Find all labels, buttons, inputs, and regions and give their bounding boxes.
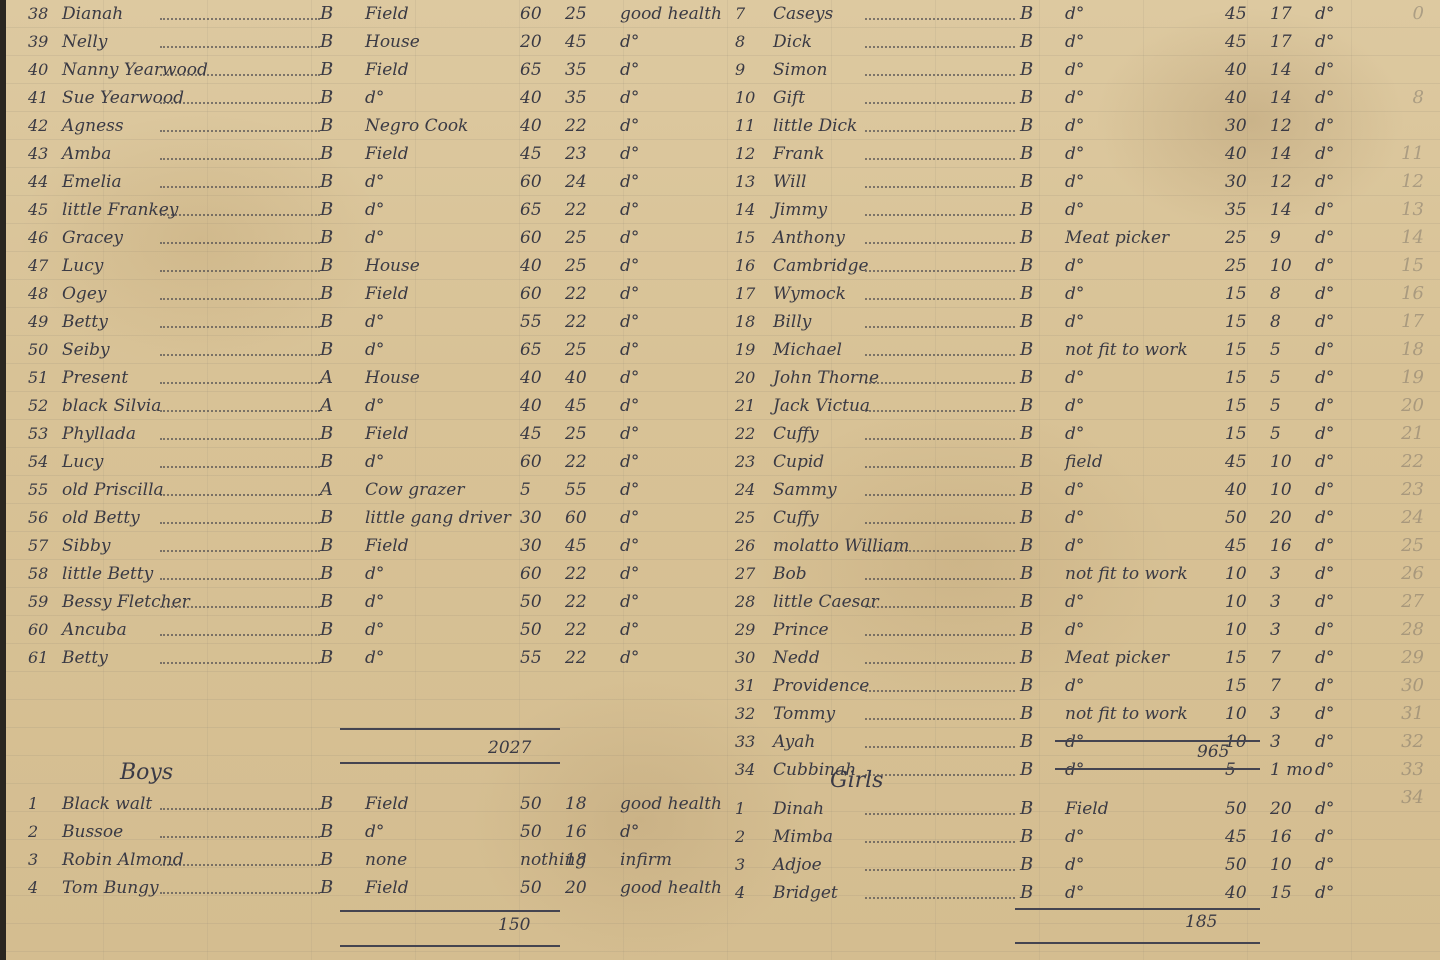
leader-dots	[865, 634, 1015, 636]
leader-dots	[160, 836, 320, 838]
age: 5	[1270, 420, 1281, 448]
value: 50	[520, 616, 542, 644]
leader-dots	[160, 522, 320, 524]
person-name: Sue Yearwood	[62, 84, 184, 112]
class-mark: A	[320, 392, 333, 420]
value: 50	[1225, 504, 1247, 532]
condition: d°	[1315, 140, 1334, 168]
condition: d°	[620, 560, 639, 588]
ledger-row: 3 Robin Almond B none nothing 18 infirm	[10, 846, 710, 874]
value: 60	[520, 448, 542, 476]
age: 25	[565, 0, 587, 28]
person-name: Nanny Yearwood	[62, 56, 208, 84]
employment: d°	[1065, 168, 1084, 196]
class-mark: B	[1020, 224, 1033, 252]
value: 25	[1225, 224, 1247, 252]
value: 15	[1225, 420, 1247, 448]
person-name: Providence	[773, 672, 869, 700]
leader-dots	[160, 214, 320, 216]
ledger-row: 29 Prince B d° 10 3 d°	[735, 616, 1335, 644]
age: 60	[565, 504, 587, 532]
employment: d°	[365, 644, 384, 672]
employment: d°	[1065, 420, 1084, 448]
condition: d°	[1315, 851, 1334, 879]
entry-number: 29	[735, 616, 755, 644]
person-name: Bessy Fletcher	[62, 588, 190, 616]
entry-number: 56	[28, 504, 48, 532]
total-rule	[340, 728, 560, 730]
class-mark: B	[1020, 392, 1033, 420]
leader-dots	[160, 634, 320, 636]
value: 10	[1225, 700, 1247, 728]
person-name: Adjoe	[773, 851, 822, 879]
person-name: Present	[62, 364, 128, 392]
total-rule	[1015, 942, 1260, 944]
ledger-row: 18 Billy B d° 15 8 d°	[735, 308, 1335, 336]
age: 7	[1270, 644, 1281, 672]
age: 3	[1270, 560, 1281, 588]
employment: d°	[365, 336, 384, 364]
value: 30	[1225, 168, 1247, 196]
person-name: Jimmy	[773, 196, 827, 224]
ledger-row: 26 molatto William B d° 45 16 d°	[735, 532, 1335, 560]
leader-dots	[160, 578, 320, 580]
condition: d°	[620, 28, 639, 56]
employment: d°	[1065, 364, 1084, 392]
leader-dots	[865, 102, 1015, 104]
entry-number: 60	[28, 616, 48, 644]
ledger-row: 12 Frank B d° 40 14 d°	[735, 140, 1335, 168]
class-mark: B	[320, 308, 333, 336]
bleedthrough-number: 8	[1344, 84, 1434, 112]
bleedthrough-number: 34	[1344, 784, 1434, 812]
person-name: Jack Victua	[773, 392, 870, 420]
employment: Field	[365, 280, 409, 308]
bleedthrough-number: 32	[1344, 728, 1434, 756]
person-name: Mimba	[773, 823, 833, 851]
entry-number: 40	[28, 56, 48, 84]
age: 3	[1270, 616, 1281, 644]
leader-dots	[160, 326, 320, 328]
value: 60	[520, 224, 542, 252]
entry-number: 30	[735, 644, 755, 672]
entry-number: 58	[28, 560, 48, 588]
age: 25	[565, 420, 587, 448]
entry-number: 25	[735, 504, 755, 532]
age: 8	[1270, 280, 1281, 308]
person-name: Tom Bungy	[62, 874, 159, 902]
employment: d°	[1065, 728, 1084, 756]
employment: d°	[365, 196, 384, 224]
class-mark: B	[320, 790, 333, 818]
value: 40	[520, 364, 542, 392]
person-name: Ancuba	[62, 616, 127, 644]
person-name: little Betty	[62, 560, 153, 588]
condition: d°	[1315, 795, 1334, 823]
class-mark: B	[1020, 588, 1033, 616]
age: 7	[1270, 672, 1281, 700]
ledger-row: 28 little Caesar B d° 10 3 d°	[735, 588, 1335, 616]
condition: d°	[1315, 476, 1334, 504]
leader-dots	[865, 522, 1015, 524]
entry-number: 24	[735, 476, 755, 504]
leader-dots	[160, 494, 320, 496]
employment: d°	[365, 616, 384, 644]
ledger-row: 34 Cubbinah B d° 5 1 mo d°	[735, 756, 1335, 784]
class-mark: B	[320, 280, 333, 308]
entry-number: 42	[28, 112, 48, 140]
employment: Meat picker	[1065, 644, 1169, 672]
class-mark: A	[320, 364, 333, 392]
class-mark: B	[320, 84, 333, 112]
age: 45	[565, 392, 587, 420]
employment: d°	[365, 308, 384, 336]
employment: Field	[365, 0, 409, 28]
condition: d°	[1315, 532, 1334, 560]
leader-dots	[865, 690, 1015, 692]
employment: Cow grazer	[365, 476, 465, 504]
leader-dots	[160, 270, 320, 272]
ledger-row: 60 Ancuba B d° 50 22 d°	[10, 616, 710, 644]
class-mark: B	[1020, 560, 1033, 588]
condition: d°	[1315, 588, 1334, 616]
ledger-row: 59 Bessy Fletcher B d° 50 22 d°	[10, 588, 710, 616]
girls-heading: Girls	[830, 768, 883, 793]
ledger-row: 47 Lucy B House 40 25 d°	[10, 252, 710, 280]
ledger-row: 43 Amba B Field 45 23 d°	[10, 140, 710, 168]
leader-dots	[160, 242, 320, 244]
condition: d°	[620, 588, 639, 616]
leader-dots	[865, 270, 1015, 272]
age: 14	[1270, 84, 1292, 112]
condition: d°	[1315, 28, 1334, 56]
class-mark: B	[1020, 879, 1033, 907]
ledger-row: 10 Gift B d° 40 14 d°	[735, 84, 1335, 112]
leader-dots	[865, 578, 1015, 580]
boys-heading: Boys	[120, 760, 173, 785]
leader-dots	[865, 410, 1015, 412]
condition: d°	[1315, 700, 1334, 728]
entry-number: 43	[28, 140, 48, 168]
value: 10	[1225, 588, 1247, 616]
age: 10	[1270, 448, 1292, 476]
class-mark: B	[1020, 532, 1033, 560]
ledger-row: 49 Betty B d° 55 22 d°	[10, 308, 710, 336]
entry-number: 39	[28, 28, 48, 56]
age: 16	[565, 818, 587, 846]
age: 3	[1270, 728, 1281, 756]
ledger-row: 57 Sibby B Field 30 45 d°	[10, 532, 710, 560]
value: 15	[1225, 364, 1247, 392]
age: 5	[1270, 336, 1281, 364]
value: 40	[520, 252, 542, 280]
entry-number: 21	[735, 392, 755, 420]
condition: d°	[620, 56, 639, 84]
age: 5	[1270, 364, 1281, 392]
value: 15	[1225, 308, 1247, 336]
employment: field	[1065, 448, 1103, 476]
value: 30	[1225, 112, 1247, 140]
employment: d°	[1065, 476, 1084, 504]
bleedthrough-number: 27	[1344, 588, 1434, 616]
condition: d°	[1315, 308, 1334, 336]
value: 65	[520, 56, 542, 84]
person-name: Robin Almond	[62, 846, 184, 874]
boys-total: 150	[498, 915, 530, 935]
person-name: Ogey	[62, 280, 106, 308]
ledger-row: 56 old Betty B little gang driver 30 60 …	[10, 504, 710, 532]
employment: d°	[1065, 308, 1084, 336]
person-name: Sammy	[773, 476, 837, 504]
age: 22	[565, 112, 587, 140]
leader-dots	[865, 298, 1015, 300]
condition: d°	[1315, 0, 1334, 28]
entry-number: 27	[735, 560, 755, 588]
class-mark: B	[320, 224, 333, 252]
class-mark: B	[1020, 756, 1033, 784]
employment: d°	[1065, 588, 1084, 616]
leader-dots	[865, 46, 1015, 48]
class-mark: B	[1020, 700, 1033, 728]
person-name: Black walt	[62, 790, 152, 818]
ledger-row: 32 Tommy B not fit to work 10 3 d°	[735, 700, 1335, 728]
value: 15	[1225, 392, 1247, 420]
person-name: little Caesar	[773, 588, 879, 616]
entry-number: 59	[28, 588, 48, 616]
entry-number: 57	[28, 532, 48, 560]
person-name: black Silvia	[62, 392, 161, 420]
entry-number: 14	[735, 196, 755, 224]
age: 17	[1270, 0, 1292, 28]
total-rule	[340, 910, 560, 912]
person-name: Nelly	[62, 28, 107, 56]
leader-dots	[865, 438, 1015, 440]
value: 35	[1225, 196, 1247, 224]
ledger-row: 31 Providence B d° 15 7 d°	[735, 672, 1335, 700]
value: 40	[1225, 84, 1247, 112]
ledger-row: 38 Dianah B Field 60 25 good health	[10, 0, 710, 28]
age: 9	[1270, 224, 1281, 252]
class-mark: B	[1020, 448, 1033, 476]
person-name: little Dick	[773, 112, 857, 140]
entry-number: 32	[735, 700, 755, 728]
value: 50	[1225, 851, 1247, 879]
class-mark: B	[1020, 280, 1033, 308]
ledger-row: 30 Nedd B Meat picker 15 7 d°	[735, 644, 1335, 672]
entry-number: 41	[28, 84, 48, 112]
person-name: Cambridge	[773, 252, 869, 280]
value: 55	[520, 644, 542, 672]
condition: d°	[1315, 336, 1334, 364]
condition: d°	[1315, 252, 1334, 280]
age: 35	[565, 84, 587, 112]
leader-dots	[160, 130, 320, 132]
class-mark: B	[1020, 336, 1033, 364]
condition: d°	[620, 280, 639, 308]
class-mark: B	[1020, 504, 1033, 532]
page-edge	[0, 0, 6, 960]
ledger-row: 7 Caseys B d° 45 17 d°	[735, 0, 1335, 28]
person-name: Amba	[62, 140, 111, 168]
ledger-row: 39 Nelly B House 20 45 d°	[10, 28, 710, 56]
ledger-row: 33 Ayah B d° 10 3 d°	[735, 728, 1335, 756]
class-mark: B	[1020, 56, 1033, 84]
entry-number: 49	[28, 308, 48, 336]
leader-dots	[160, 606, 320, 608]
entry-number: 53	[28, 420, 48, 448]
class-mark: B	[1020, 308, 1033, 336]
age: 22	[565, 308, 587, 336]
class-mark: B	[320, 644, 333, 672]
value: 50	[520, 818, 542, 846]
bleedthrough-number: 14	[1344, 224, 1434, 252]
person-name: John Thorne	[773, 364, 879, 392]
bleedthrough-number: 17	[1344, 308, 1434, 336]
leader-dots	[160, 186, 320, 188]
entry-number: 38	[28, 0, 48, 28]
ledger-row: 50 Seiby B d° 65 25 d°	[10, 336, 710, 364]
age: 10	[1270, 851, 1292, 879]
ledger-row: 25 Cuffy B d° 50 20 d°	[735, 504, 1335, 532]
value: 45	[1225, 823, 1247, 851]
entry-number: 55	[28, 476, 48, 504]
bleedthrough-number: 29	[1344, 644, 1434, 672]
age: 14	[1270, 196, 1292, 224]
condition: d°	[620, 448, 639, 476]
leader-dots	[160, 550, 320, 552]
leader-dots	[160, 354, 320, 356]
person-name: Bridget	[773, 879, 838, 907]
age: 14	[1270, 140, 1292, 168]
person-name: old Betty	[62, 504, 140, 532]
leader-dots	[160, 892, 320, 894]
entry-number: 2	[28, 818, 38, 846]
age: 25	[565, 252, 587, 280]
bleedthrough-number: 13	[1344, 196, 1434, 224]
bleedthrough-number: 15	[1344, 252, 1434, 280]
class-mark: B	[320, 112, 333, 140]
value: 5	[520, 476, 531, 504]
age: 20	[1270, 504, 1292, 532]
class-mark: B	[1020, 616, 1033, 644]
bleedthrough-number: 31	[1344, 700, 1434, 728]
total-rule	[1055, 768, 1260, 770]
condition: d°	[1315, 644, 1334, 672]
value: 60	[520, 0, 542, 28]
employment: Field	[365, 790, 409, 818]
employment: d°	[1065, 84, 1084, 112]
leader-dots	[160, 864, 320, 866]
ledger-row: 9 Simon B d° 40 14 d°	[735, 56, 1335, 84]
employment: d°	[1065, 0, 1084, 28]
bleedthrough-number	[1344, 56, 1434, 84]
class-mark: B	[320, 532, 333, 560]
entry-number: 26	[735, 532, 755, 560]
entry-number: 20	[735, 364, 755, 392]
value: 50	[520, 874, 542, 902]
value: 30	[520, 532, 542, 560]
employment: d°	[365, 448, 384, 476]
class-mark: B	[1020, 364, 1033, 392]
ledger-row: 4 Bridget B d° 40 15 d°	[735, 879, 1335, 907]
entry-number: 2	[735, 823, 745, 851]
condition: d°	[1315, 448, 1334, 476]
leader-dots	[865, 186, 1015, 188]
employment: d°	[1065, 756, 1084, 784]
employment: Meat picker	[1065, 224, 1169, 252]
class-mark: B	[320, 28, 333, 56]
leader-dots	[160, 662, 320, 664]
person-name: Cuffy	[773, 504, 819, 532]
value: 15	[1225, 672, 1247, 700]
person-name: Gracey	[62, 224, 123, 252]
age: 12	[1270, 168, 1292, 196]
class-mark: B	[320, 0, 333, 28]
age: 15	[1270, 879, 1292, 907]
person-name: Gift	[773, 84, 805, 112]
bleedthrough-number: 11	[1344, 140, 1434, 168]
value: 55	[520, 308, 542, 336]
value: 30	[520, 504, 542, 532]
ledger-row: 17 Wymock B d° 15 8 d°	[735, 280, 1335, 308]
leader-dots	[160, 74, 320, 76]
bleedthrough-number: 22	[1344, 448, 1434, 476]
entry-number: 50	[28, 336, 48, 364]
ledger-row: 58 little Betty B d° 60 22 d°	[10, 560, 710, 588]
person-name: Caseys	[773, 0, 833, 28]
class-mark: B	[1020, 644, 1033, 672]
person-name: Dianah	[62, 0, 123, 28]
employment: d°	[365, 224, 384, 252]
bleedthrough-number: 24	[1344, 504, 1434, 532]
person-name: Lucy	[62, 252, 103, 280]
class-mark: B	[320, 504, 333, 532]
bleedthrough-number: 21	[1344, 420, 1434, 448]
class-mark: B	[320, 560, 333, 588]
leader-dots	[865, 214, 1015, 216]
leader-dots	[865, 18, 1015, 20]
age: 22	[565, 644, 587, 672]
class-mark: B	[320, 252, 333, 280]
age: 16	[1270, 532, 1292, 560]
condition: d°	[1315, 84, 1334, 112]
class-mark: B	[320, 448, 333, 476]
employment: Field	[365, 140, 409, 168]
ledger-row: 24 Sammy B d° 40 10 d°	[735, 476, 1335, 504]
condition: d°	[1315, 392, 1334, 420]
leader-dots	[865, 74, 1015, 76]
employment: Field	[1065, 795, 1109, 823]
person-name: Seiby	[62, 336, 110, 364]
age: 22	[565, 448, 587, 476]
employment: d°	[365, 392, 384, 420]
ledger-row: 3 Adjoe B d° 50 10 d°	[735, 851, 1335, 879]
class-mark: B	[1020, 0, 1033, 28]
bleedthrough-number	[1344, 112, 1434, 140]
employment: Negro Cook	[365, 112, 468, 140]
leader-dots	[160, 46, 320, 48]
leader-dots	[865, 326, 1015, 328]
ledger-page: 38 Dianah B Field 60 25 good health 39 N…	[0, 0, 1440, 960]
value: 40	[520, 84, 542, 112]
condition: good health	[620, 790, 722, 818]
employment: House	[365, 28, 420, 56]
value: 40	[1225, 140, 1247, 168]
leader-dots	[160, 466, 320, 468]
ledger-row: 1 Dinah B Field 50 20 d°	[735, 795, 1335, 823]
entry-number: 45	[28, 196, 48, 224]
age: 22	[565, 588, 587, 616]
